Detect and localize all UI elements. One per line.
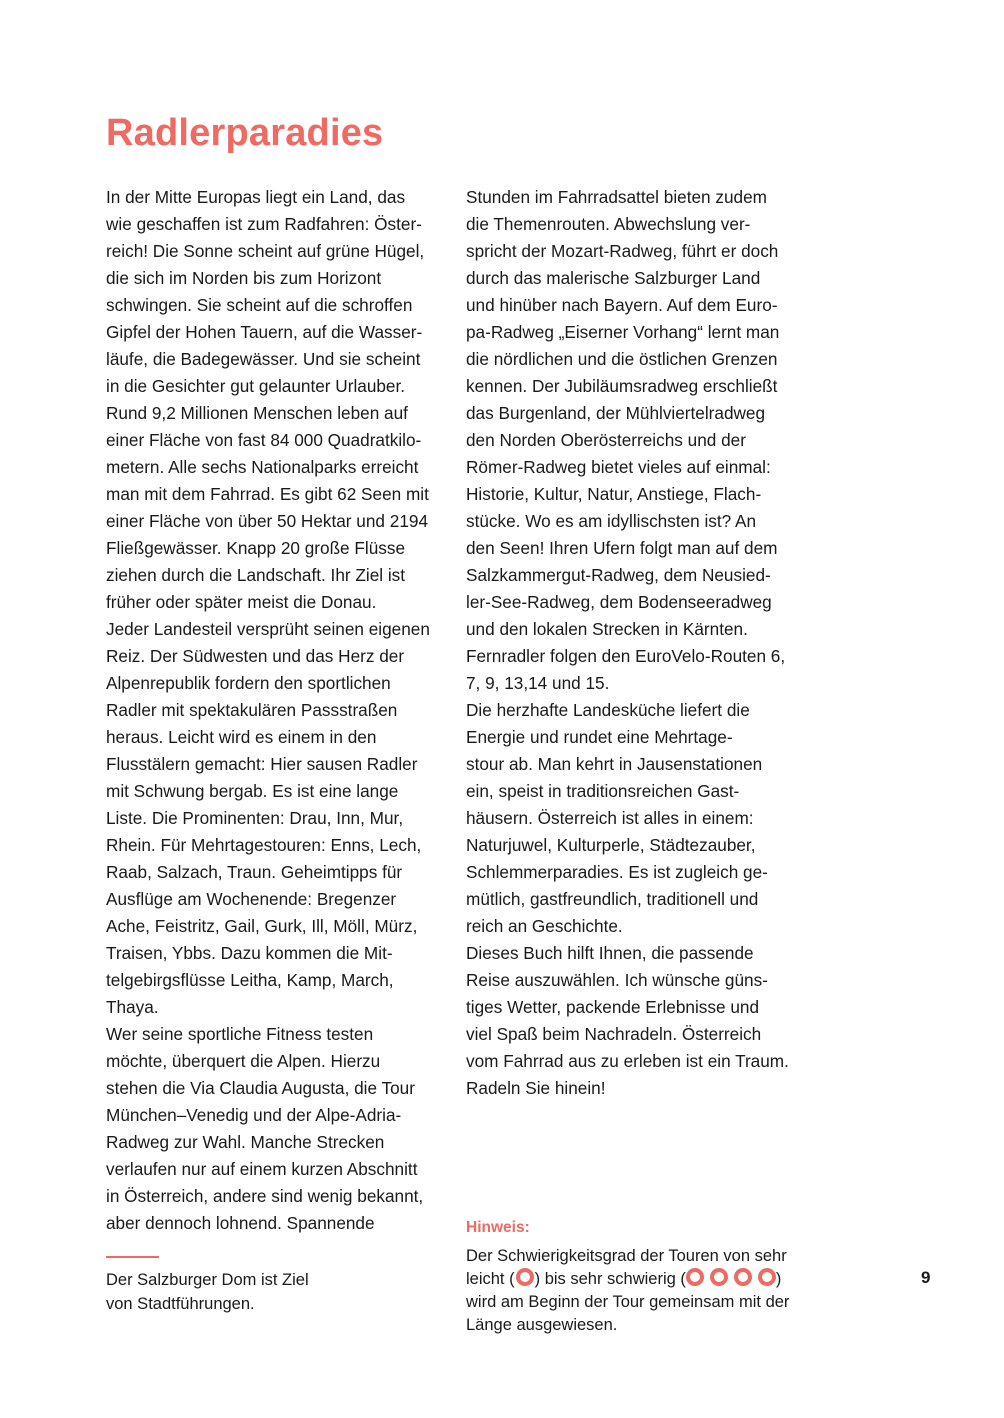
- text-line: das Burgenland, der Mühlviertelradweg: [466, 400, 811, 427]
- text-line: heraus. Leicht wird es einem in den: [106, 724, 451, 751]
- text-line: stücke. Wo es am idyllischsten ist? An: [466, 508, 811, 535]
- text-line: Thaya.: [106, 994, 451, 1021]
- text-line: Flusstälern gemacht: Hier sausen Radler: [106, 751, 451, 778]
- text-line: pa-Radweg „Eiserner Vorhang“ lernt man: [466, 319, 811, 346]
- body-text-right: Stunden im Fahrradsattel bieten zudemdie…: [466, 184, 811, 1102]
- text-line: ein, speist in traditionsreichen Gast-: [466, 778, 811, 805]
- text-line: Römer-Radweg bietet vieles auf einmal:: [466, 454, 811, 481]
- text-line: 7, 9, 13,14 und 15.: [466, 670, 811, 697]
- text-line: metern. Alle sechs Nationalparks erreich…: [106, 454, 451, 481]
- page-title: Radlerparadies: [106, 112, 383, 155]
- text-line: stehen die Via Claudia Augusta, die Tour: [106, 1075, 451, 1102]
- photo-caption: Der Salzburger Dom ist Ziel von Stadtfüh…: [106, 1268, 309, 1316]
- text-line: spricht der Mozart-Radweg, führt er doch: [466, 238, 811, 265]
- text-line: Raab, Salzach, Traun. Geheimtipps für: [106, 859, 451, 886]
- page-number: 9: [921, 1268, 930, 1288]
- difficulty-ring-icon: [516, 1268, 534, 1286]
- hint-line: Der Schwierigkeitsgrad der Touren von se…: [466, 1245, 846, 1268]
- body-text-left: In der Mitte Europas liegt ein Land, das…: [106, 184, 451, 1237]
- text-line: die sich im Norden bis zum Horizont: [106, 265, 451, 292]
- text-line: in die Gesichter gut gelaunter Urlauber.: [106, 373, 451, 400]
- text-line: Radler mit spektakulären Passstraßen: [106, 697, 451, 724]
- text-line: Naturjuwel, Kulturperle, Städtezauber,: [466, 832, 811, 859]
- text-line: den Seen! Ihren Ufern folgt man auf dem: [466, 535, 811, 562]
- text-line: kennen. Der Jubiläumsradweg erschließt: [466, 373, 811, 400]
- text-line: Traisen, Ybbs. Dazu kommen die Mit-: [106, 940, 451, 967]
- difficulty-rings-very-hard: [686, 1268, 776, 1286]
- text-line: Fernradler folgen den EuroVelo-Routen 6,: [466, 643, 811, 670]
- text-line: Salzkammergut-Radweg, dem Neusied-: [466, 562, 811, 589]
- text-line: Fließgewässer. Knapp 20 große Flüsse: [106, 535, 451, 562]
- text-line: früher oder später meist die Donau.: [106, 589, 451, 616]
- left-text-column: In der Mitte Europas liegt ein Land, das…: [106, 184, 451, 1237]
- text-line: in Österreich, andere sind wenig bekannt…: [106, 1183, 451, 1210]
- text-line: Die herzhafte Landesküche liefert die: [466, 697, 811, 724]
- text-line: einer Fläche von über 50 Hektar und 2194: [106, 508, 451, 535]
- text-line: und den lokalen Strecken in Kärnten.: [466, 616, 811, 643]
- hint-text: leicht (: [466, 1270, 515, 1288]
- text-line: vom Fahrrad aus zu erleben ist ein Traum…: [466, 1048, 811, 1075]
- text-line: verlaufen nur auf einem kurzen Abschnitt: [106, 1156, 451, 1183]
- text-line: Stunden im Fahrradsattel bieten zudem: [466, 184, 811, 211]
- text-line: Reiz. Der Südwesten und das Herz der: [106, 643, 451, 670]
- text-line: wie geschaffen ist zum Radfahren: Öster-: [106, 211, 451, 238]
- difficulty-ring-icon: [758, 1268, 776, 1286]
- text-line: In der Mitte Europas liegt ein Land, das: [106, 184, 451, 211]
- text-line: Rhein. Für Mehrtagestouren: Enns, Lech,: [106, 832, 451, 859]
- text-line: Ausflüge am Wochenende: Bregenzer: [106, 886, 451, 913]
- text-line: schwingen. Sie scheint auf die schroffen: [106, 292, 451, 319]
- text-line: Energie und rundet eine Mehrtage-: [466, 724, 811, 751]
- caption-line: Der Salzburger Dom ist Ziel: [106, 1268, 309, 1292]
- text-line: stour ab. Man kehrt in Jausenstationen: [466, 751, 811, 778]
- text-line: München–Venedig und der Alpe-Adria-: [106, 1102, 451, 1129]
- text-line: Wer seine sportliche Fitness testen: [106, 1021, 451, 1048]
- text-line: den Norden Oberösterreichs und der: [466, 427, 811, 454]
- text-line: und hinüber nach Bayern. Auf dem Euro-: [466, 292, 811, 319]
- text-line: ler-See-Radweg, dem Bodenseeradweg: [466, 589, 811, 616]
- text-line: einer Fläche von fast 84 000 Quadratkilo…: [106, 427, 451, 454]
- text-line: Jeder Landesteil versprüht seinen eigene…: [106, 616, 451, 643]
- text-line: läufe, die Badegewässer. Und sie scheint: [106, 346, 451, 373]
- text-line: die nördlichen und die östlichen Grenzen: [466, 346, 811, 373]
- text-line: man mit dem Fahrrad. Es gibt 62 Seen mit: [106, 481, 451, 508]
- hint-line: Länge ausgewiesen.: [466, 1314, 846, 1337]
- text-line: Reise auszuwählen. Ich wünsche güns-: [466, 967, 811, 994]
- text-line: viel Spaß beim Nachradeln. Österreich: [466, 1021, 811, 1048]
- text-line: ziehen durch die Landschaft. Ihr Ziel is…: [106, 562, 451, 589]
- text-line: reich an Geschichte.: [466, 913, 811, 940]
- text-line: die Themenrouten. Abwechslung ver-: [466, 211, 811, 238]
- text-line: durch das malerische Salzburger Land: [466, 265, 811, 292]
- text-line: Radweg zur Wahl. Manche Strecken: [106, 1129, 451, 1156]
- text-line: aber dennoch lohnend. Spannende: [106, 1210, 451, 1237]
- hint-line: wird am Beginn der Tour gemeinsam mit de…: [466, 1291, 846, 1314]
- text-line: mit Schwung bergab. Es ist eine lange: [106, 778, 451, 805]
- caption-line: von Stadtführungen.: [106, 1292, 309, 1316]
- text-line: Historie, Kultur, Natur, Anstiege, Flach…: [466, 481, 811, 508]
- text-line: telgebirgsflüsse Leitha, Kamp, March,: [106, 967, 451, 994]
- caption-divider: [106, 1256, 159, 1258]
- text-line: möchte, überquert die Alpen. Hierzu: [106, 1048, 451, 1075]
- difficulty-ring-icon: [686, 1268, 704, 1286]
- hint-box: Hinweis: Der Schwierigkeitsgrad der Tour…: [466, 1216, 846, 1337]
- text-line: Dieses Buch hilft Ihnen, die passende: [466, 940, 811, 967]
- difficulty-ring-icon: [710, 1268, 728, 1286]
- hint-line: leicht () bis sehr schwierig (): [466, 1268, 846, 1291]
- hint-text: ): [776, 1270, 782, 1288]
- text-line: Gipfel der Hohen Tauern, auf die Wasser-: [106, 319, 451, 346]
- text-line: reich! Die Sonne scheint auf grüne Hügel…: [106, 238, 451, 265]
- text-line: mütlich, gastfreundlich, traditionell un…: [466, 886, 811, 913]
- text-line: Schlemmerparadies. Es ist zugleich ge-: [466, 859, 811, 886]
- text-line: Liste. Die Prominenten: Drau, Inn, Mur,: [106, 805, 451, 832]
- text-line: Rund 9,2 Millionen Menschen leben auf: [106, 400, 451, 427]
- right-text-column: Stunden im Fahrradsattel bieten zudemdie…: [466, 184, 811, 1102]
- hint-text: ) bis sehr schwierig (: [535, 1270, 686, 1288]
- text-line: tiges Wetter, packende Erlebnisse und: [466, 994, 811, 1021]
- text-line: Radeln Sie hinein!: [466, 1075, 811, 1102]
- text-line: Ache, Feistritz, Gail, Gurk, Ill, Möll, …: [106, 913, 451, 940]
- text-line: Alpenrepublik fordern den sportlichen: [106, 670, 451, 697]
- text-line: häusern. Österreich ist alles in einem:: [466, 805, 811, 832]
- difficulty-ring-icon: [734, 1268, 752, 1286]
- hint-heading: Hinweis:: [466, 1216, 846, 1239]
